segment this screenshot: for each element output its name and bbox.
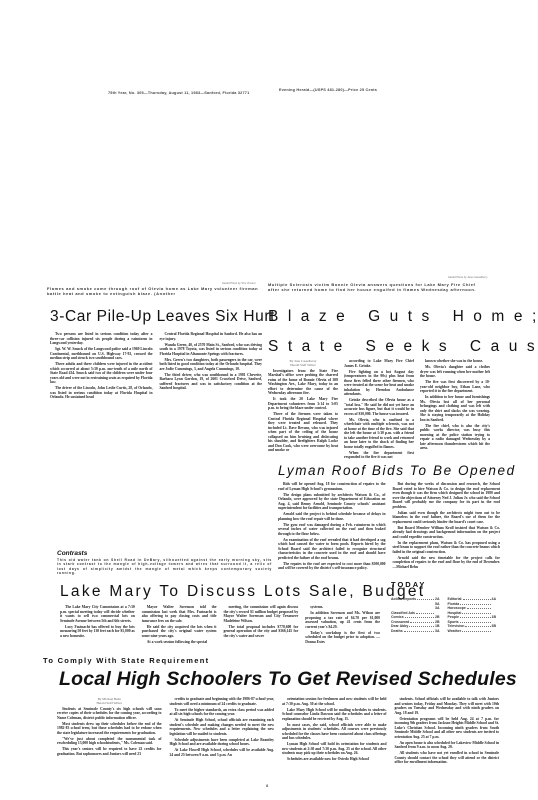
schedules-col-1: By Michael Behn Herald Staff Writer Stud…: [57, 697, 162, 766]
lakemary-col-2: Mayor Walter Sorenson told the commissio…: [142, 605, 217, 646]
byline-title: Herald Staff Writer: [268, 363, 338, 367]
paragraph: Schedules are available now for Oviedo H…: [282, 757, 387, 762]
blaze-col-3: known whether she was in the house. Ms. …: [420, 359, 490, 461]
headline-blaze-line1: Blaze Guts Home;: [268, 308, 490, 326]
photo-credit-left: Herald Photo by Tom Vincent: [222, 282, 256, 285]
paragraph: Bids will be opened Aug. 18 for construc…: [278, 482, 386, 491]
paragraph: known whether she was in the house.: [420, 359, 490, 364]
headline-lakemary: Lake Mary To Discuss Lots Sale, Budget: [60, 583, 380, 601]
paragraph: The fire chief, who is also the city's p…: [420, 424, 490, 451]
paragraph: students. School officials will be avail…: [395, 697, 500, 715]
index-row[interactable]: Weather2A: [448, 629, 497, 634]
paragraph: Arnold said the new timetable for the pr…: [393, 556, 501, 570]
paragraph: To meet the higher standards, an extra c…: [170, 708, 275, 717]
paragraph: Julian said even though the architects m…: [393, 511, 501, 525]
paragraph: At a work session following the special: [142, 640, 217, 645]
story-lakemary: Lake Mary To Discuss Lots Sale, Budget T…: [60, 583, 380, 646]
headline-pileup: 3-Car Pile-Up Leaves Six Hurt: [50, 308, 262, 326]
paragraph: Most students drew up their schedules be…: [57, 722, 162, 736]
paragraph: This year's seniors will be required to …: [57, 747, 162, 756]
paragraph: Three adults and three children were inj…: [50, 362, 153, 385]
paragraph: At Seminole High School, school official…: [170, 718, 275, 736]
paragraph: Grinke described the Olevia house as a "…: [344, 398, 414, 416]
headline-lyman: Lyman Roof Bids To Be Opened: [278, 463, 500, 479]
paragraph: Lyman High School will hold its orientat…: [282, 742, 387, 756]
pileup-col-2: Central Florida Regional Hospital in San…: [160, 332, 263, 401]
photo-credit-right: Herald Photo by Jane Casselberry: [448, 276, 488, 279]
paragraph: The driver of the Lincoln, John Leslie C…: [50, 386, 153, 400]
contrasts-title: Contrasts: [57, 550, 272, 558]
paragraph: When the fire department first responded…: [344, 451, 414, 460]
paragraph: In most cases, she said, school official…: [282, 723, 387, 741]
paragraph: An open house is also scheduled for Lake…: [395, 741, 500, 750]
lyman-col-2: But during the weeks of discussion and r…: [393, 482, 501, 572]
paragraph: It took the 20 Lake Mary Fire Department…: [268, 397, 338, 411]
blaze-col-2: according to Lake Mary Fire Chief James …: [344, 359, 414, 461]
paragraph: Mayor Walter Sorenson told the commissio…: [142, 605, 217, 623]
schedules-col-4: students. School officials will be avail…: [395, 697, 500, 766]
photo-caption-right: Multiple Sclerosis victim Bonnie Olevia …: [268, 282, 486, 292]
paragraph: The Lake Mary City Commission at a 7:30 …: [60, 605, 135, 623]
paragraph: An examination of the roof revealed that…: [278, 538, 386, 561]
lakemary-col-3: meeting, the commission will again discu…: [224, 605, 299, 646]
story-blaze: Blaze Guts Home; State Seeks Cause By Ja…: [268, 308, 490, 461]
paragraph: Central Florida Regional Hospital in San…: [160, 332, 263, 341]
today-index: TODAY Action Reports2A Bridge5A Calendar…: [391, 580, 496, 633]
paragraph: Investigators from the State Fire Marsha…: [268, 369, 338, 396]
paragraph: Lucy Fastnacht has offered to buy the lo…: [60, 625, 135, 639]
paragraph: In addition to her house and furnishings…: [420, 395, 490, 422]
paragraph: meeting, the commission will again discu…: [224, 605, 299, 623]
headline-schedules: Local High Schoolers To Get Revised Sche…: [59, 667, 503, 691]
contrasts-caption: This old water tank on Shell Road in DeB…: [57, 558, 272, 575]
lakemary-col-1: The Lake Mary City Commission at a 7:30 …: [60, 605, 135, 646]
story-schedules: To Comply With State Requirement Local H…: [43, 656, 503, 766]
paragraph: Ms. Olevia's daughter said a clothes dry…: [420, 365, 490, 379]
paragraph: He said the city acquired the lots when …: [142, 625, 217, 639]
paragraph: The third driver, who was southbound in …: [160, 373, 263, 391]
paragraph: The repairs to the roof are expected to …: [278, 562, 386, 571]
index-column-left: Action Reports2A Bridge5A Calendar3A Cla…: [391, 597, 440, 633]
byline-title: Herald Staff Writer: [57, 701, 162, 705]
paragraph: Wanda Green, 40, of 2570 Main St., Sanfo…: [160, 343, 263, 357]
paragraph: Today's workshop is the first of two sch…: [305, 631, 380, 645]
paragraph: But during the weeks of discussion and r…: [393, 482, 501, 509]
lakemary-col-4: systems. In addition Sorenson and Ms. Wi…: [305, 605, 380, 646]
paragraph: Students at Seminole County's six high s…: [57, 707, 162, 721]
story-lyman: Lyman Roof Bids To Be Opened Bids will b…: [278, 463, 500, 572]
masthead-price: Evening Herald—(USPS 481-280)—Price 25 C…: [279, 88, 377, 92]
schedules-col-3: orientation session for freshmen and new…: [282, 697, 387, 766]
paragraph: credits to graduate and beginning with t…: [170, 697, 275, 706]
index-row[interactable]: Deaths3A: [391, 629, 440, 634]
kicker-schedules: To Comply With State Requirement: [43, 656, 503, 665]
paragraph: according to Lake Mary Fire Chief James …: [344, 359, 414, 368]
photo-contrasts-caption-block: Contrasts This old water tank on Shell R…: [57, 550, 272, 575]
paragraph: Ms. Olevia, who is confined to a wheelch…: [344, 418, 414, 450]
paragraph: The gym roof was damaged during a Feb. r…: [278, 523, 386, 537]
paragraph: The design plans submitted by architects…: [278, 493, 386, 511]
paragraph: The total proposal includes $778,600 for…: [224, 625, 299, 639]
paragraph: Sgt. W. W. Smock of the Longwood police …: [50, 347, 153, 361]
schedules-col-2: credits to graduate and beginning with t…: [170, 697, 275, 766]
photo-caption-left: Flames and smoke come through roof of Ol…: [47, 286, 265, 296]
paragraph: The fire was first discovered by a 10-ye…: [420, 380, 490, 394]
paragraph: Orientation programs will be held Aug. 2…: [395, 717, 500, 740]
paragraph: Arnold said the project is behind schedu…: [278, 512, 386, 521]
page-marker: 8: [266, 783, 268, 788]
paragraph: In addition Sorenson and Ms. Wilson are …: [305, 611, 380, 629]
paragraph: systems.: [305, 605, 380, 610]
paragraph: Schedule adjustments have been completed…: [170, 738, 275, 747]
index-column-right: Editorial4A Florida3A Horoscope2B Hospit…: [448, 597, 497, 633]
paragraph: Mrs. Green's two daughters, both passeng…: [160, 358, 263, 372]
paragraph: Fire fighting on a hot August day (tempe…: [344, 370, 414, 397]
masthead-dateline: 75th Year, No. 305—Thursday, August 11, …: [108, 91, 249, 95]
paragraph: orientation session for freshmen and new…: [282, 697, 387, 706]
paragraph: Three of the firemen were taken to Centr…: [268, 412, 338, 453]
today-title: TODAY: [391, 580, 496, 589]
headline-blaze-line2: State Seeks Cause: [268, 338, 490, 356]
pileup-col-1: Two persons are listed in serious condit…: [50, 332, 153, 401]
paragraph: Two persons are listed in serious condit…: [50, 332, 153, 346]
paragraph: At Lake Howell High School, schedules wi…: [170, 748, 275, 757]
paragraph: "We've just about completed the monument…: [57, 737, 162, 746]
paragraph: Lake Mary High School will be mailing sc…: [282, 708, 387, 722]
paragraph: All students who have not yet enrolled i…: [395, 751, 500, 765]
blaze-col-1: By Jane Casselberry Herald Staff Writer …: [268, 359, 338, 461]
paragraph: But Board Member William Kroll insisted …: [393, 526, 501, 540]
lyman-col-1: Bids will be opened Aug. 18 for construc…: [278, 482, 386, 572]
story-pileup: 3-Car Pile-Up Leaves Six Hurt Two person…: [50, 308, 262, 401]
paragraph: In the replacement plans, Watson & Co. h…: [393, 541, 501, 555]
